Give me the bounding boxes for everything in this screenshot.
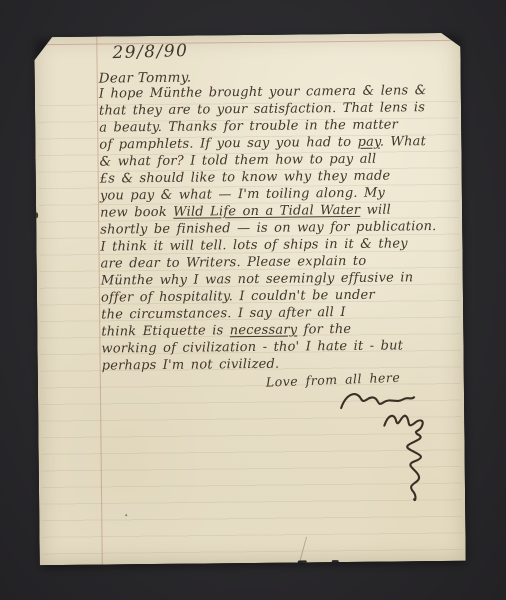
top-rule-line [34, 40, 460, 45]
letter-body: I hope Münthe brought your camera & lens… [99, 82, 462, 375]
photo-background: 29/8/90 Dear Tommy. I hope Münthe brough… [0, 0, 506, 600]
paper-crease [299, 537, 307, 562]
letter-line: perhaps I'm not civilized. [102, 354, 462, 375]
letter-date: 29/8/90 [112, 41, 189, 63]
signature-flourish-icon [318, 385, 434, 511]
letter-page: 29/8/90 Dear Tommy. I hope Münthe brough… [34, 33, 466, 565]
paper-speck [125, 514, 127, 516]
paper-speck [35, 212, 38, 218]
